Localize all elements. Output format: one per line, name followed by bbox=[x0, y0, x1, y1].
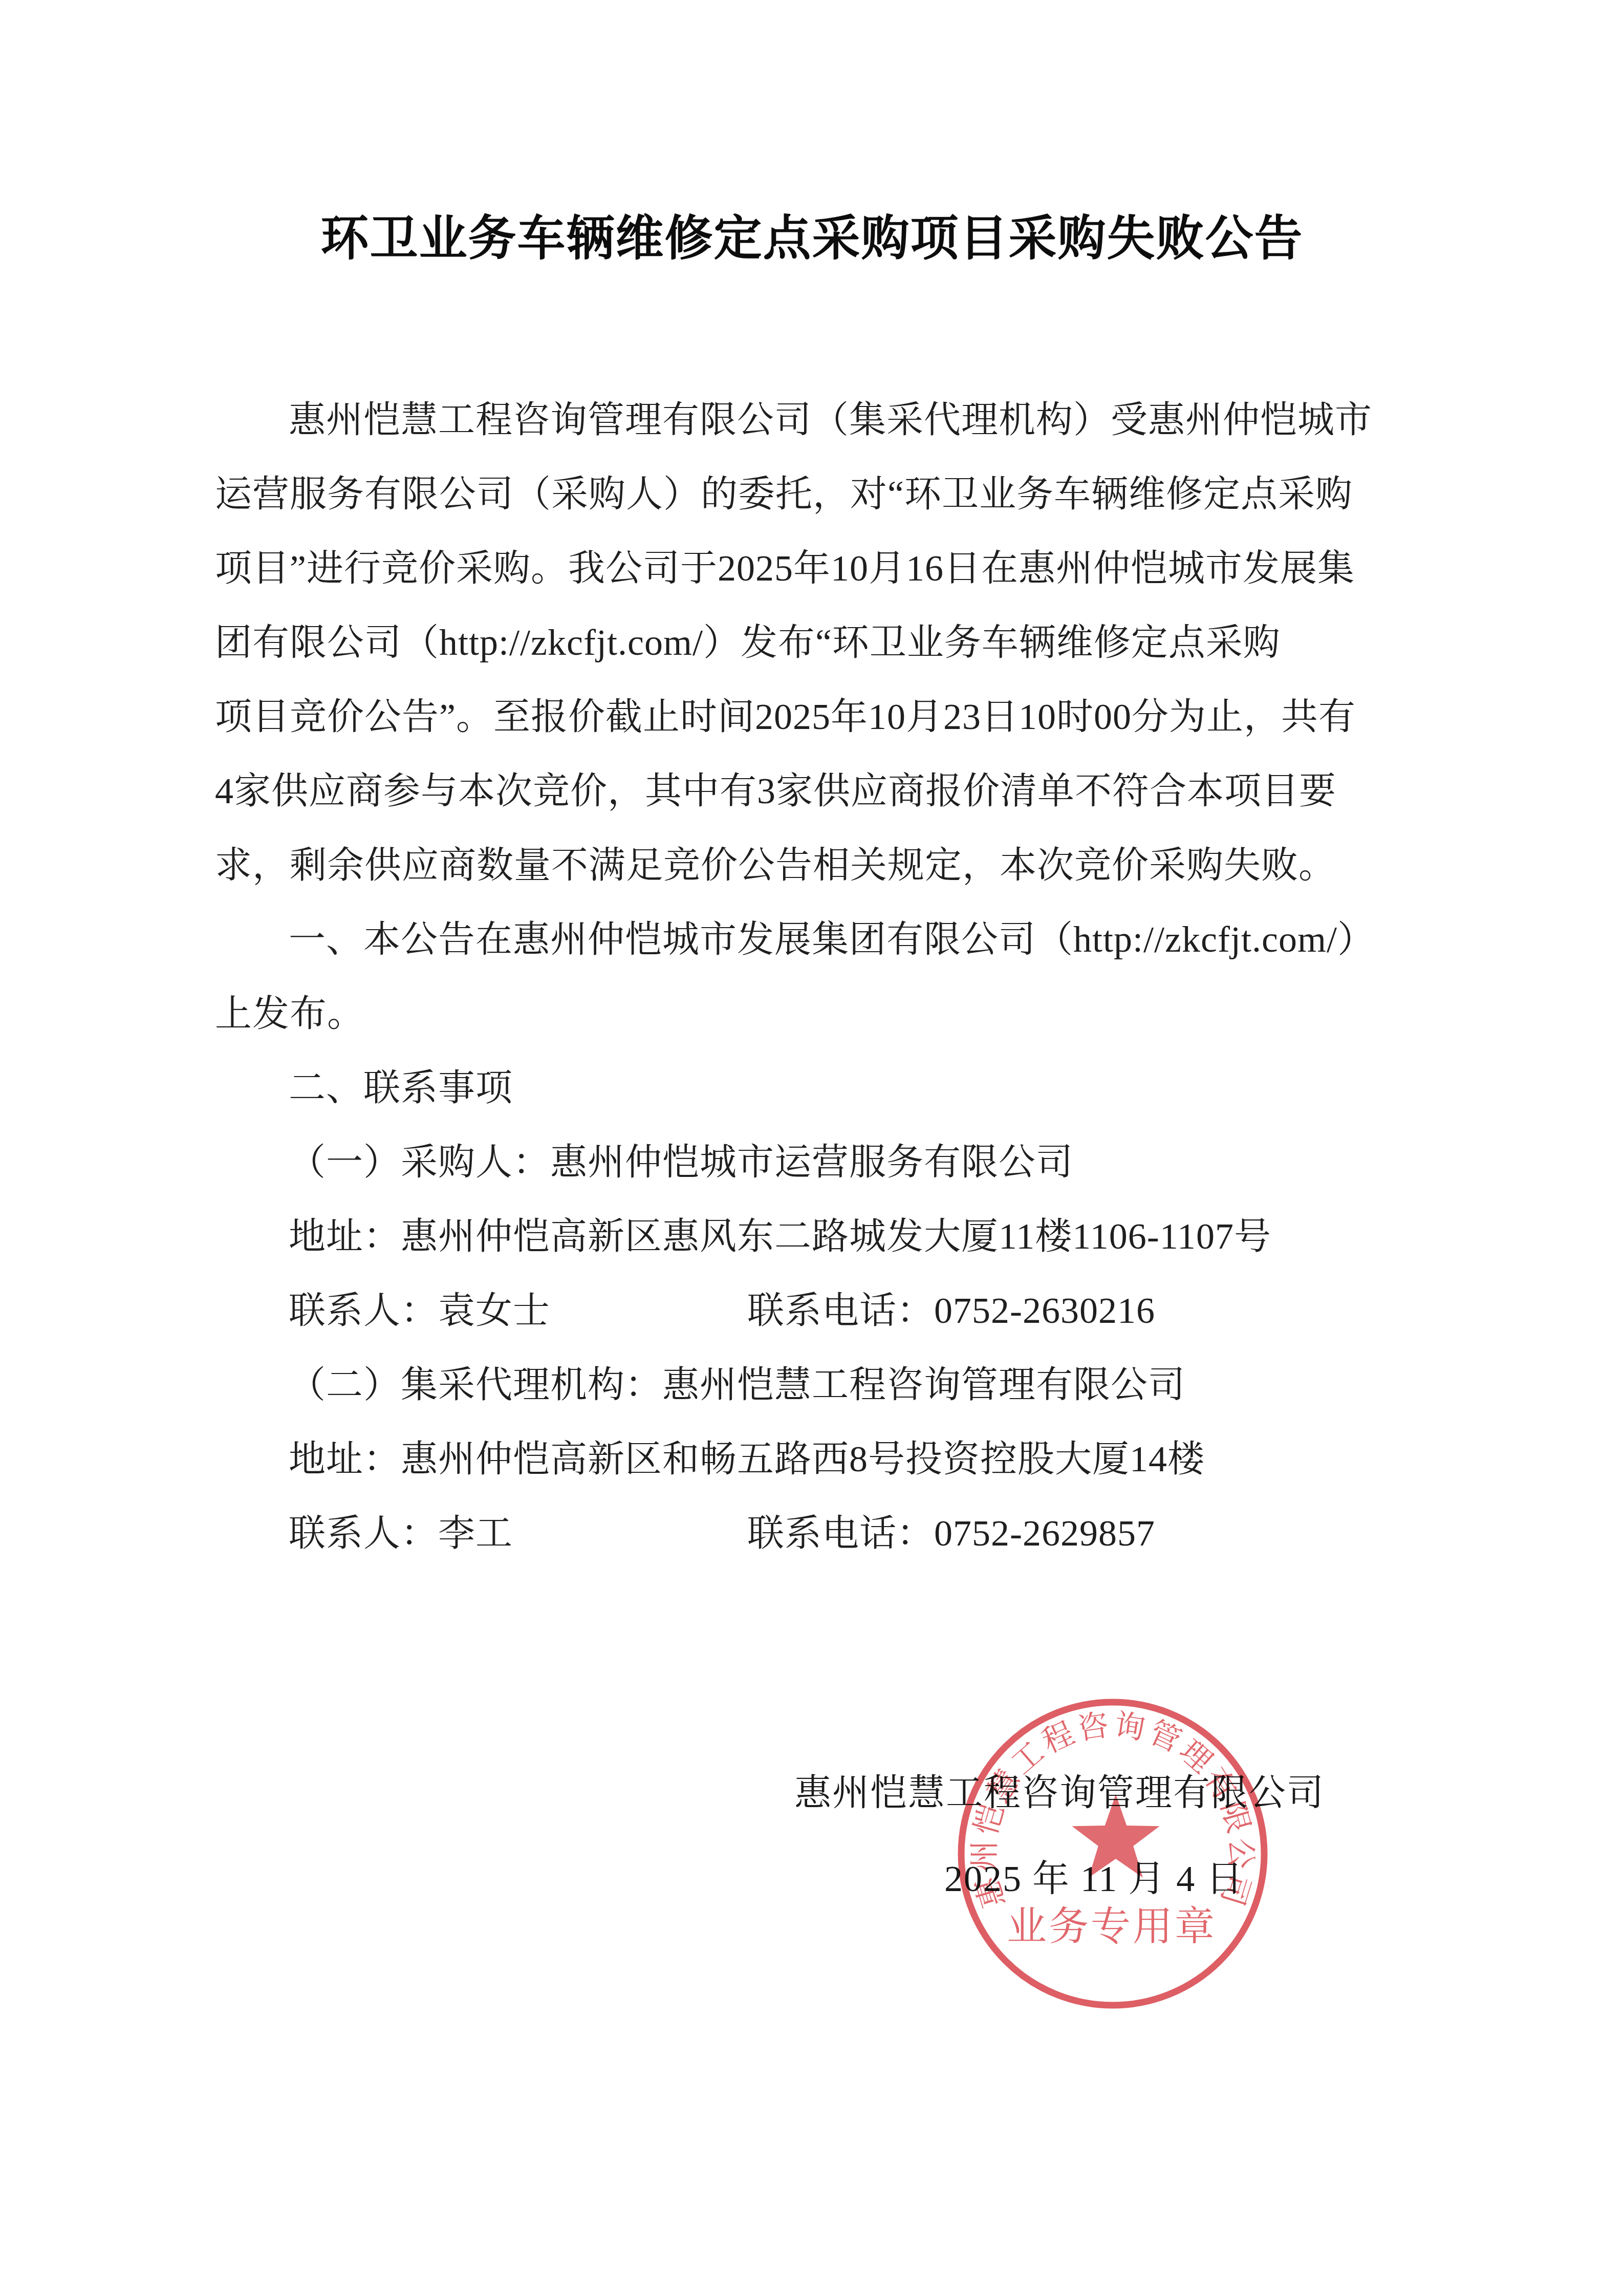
body-line: 惠州恺慧工程咨询管理有限公司（集采代理机构）受惠州仲恺城市 bbox=[215, 383, 1423, 457]
body-line-address: 地址：惠州仲恺高新区和畅五路西8号投资控股大厦14楼 bbox=[215, 1422, 1423, 1496]
body-line: 项目”进行竞价采购。我公司于2025年10月16日在惠州仲恺城市发展集 bbox=[215, 531, 1423, 606]
body-line: 上发布。 bbox=[215, 977, 1423, 1051]
company-seal-stamp: 惠州恺慧工程咨询管理有限公司 业务专用章 bbox=[949, 1690, 1276, 2018]
seal-star-icon bbox=[1072, 1794, 1159, 1878]
body-line: 4家供应商参与本次竞价，其中有3家供应商报价清单不符合本项目要 bbox=[215, 754, 1423, 828]
body-line: 一、本公告在惠州仲恺城市发展集团有限公司（http://zkcfjt.com/） bbox=[215, 903, 1423, 977]
body-line: 运营服务有限公司（采购人）的委托，对“环卫业务车辆维修定点采购 bbox=[215, 457, 1423, 531]
body-line-address: 地址：惠州仲恺高新区惠风东二路城发大厦11楼1106-1107号 bbox=[215, 1199, 1423, 1274]
contact-phone: 联系电话：0752-2630216 bbox=[747, 1274, 1155, 1348]
page-title: 环卫业务车辆维修定点采购项目采购失败公告 bbox=[0, 200, 1624, 269]
contact-phone: 联系电话：0752-2629857 bbox=[747, 1496, 1155, 1571]
contact-person: 联系人：李工 bbox=[289, 1513, 513, 1554]
body-line-contact: 联系人：李工 联系电话：0752-2629857 bbox=[215, 1496, 1423, 1571]
body-line: 求，剩余供应商数量不满足竞价公告相关规定，本次竞价采购失败。 bbox=[215, 828, 1423, 903]
contact-person: 联系人：袁女士 bbox=[289, 1290, 550, 1331]
document-page: 环卫业务车辆维修定点采购项目采购失败公告 惠州恺慧工程咨询管理有限公司（集采代理… bbox=[0, 0, 1624, 2296]
announcement-body: 惠州恺慧工程咨询管理有限公司（集采代理机构）受惠州仲恺城市 运营服务有限公司（采… bbox=[215, 383, 1423, 1571]
body-line-purchaser: （一）采购人：惠州仲恺城市运营服务有限公司 bbox=[215, 1125, 1423, 1199]
body-line-agency: （二）集采代理机构：惠州恺慧工程咨询管理有限公司 bbox=[215, 1348, 1423, 1422]
body-line: 团有限公司（http://zkcfjt.com/）发布“环卫业务车辆维修定点采购 bbox=[215, 606, 1423, 680]
body-line: 项目竞价公告”。至报价截止时间2025年10月23日10时00分为止，共有 bbox=[215, 680, 1423, 754]
seal-bottom-text: 业务专用章 bbox=[1007, 1904, 1217, 1949]
body-line-contact: 联系人：袁女士 联系电话：0752-2630216 bbox=[215, 1274, 1423, 1348]
body-line-section-heading: 二、联系事项 bbox=[215, 1051, 1423, 1125]
